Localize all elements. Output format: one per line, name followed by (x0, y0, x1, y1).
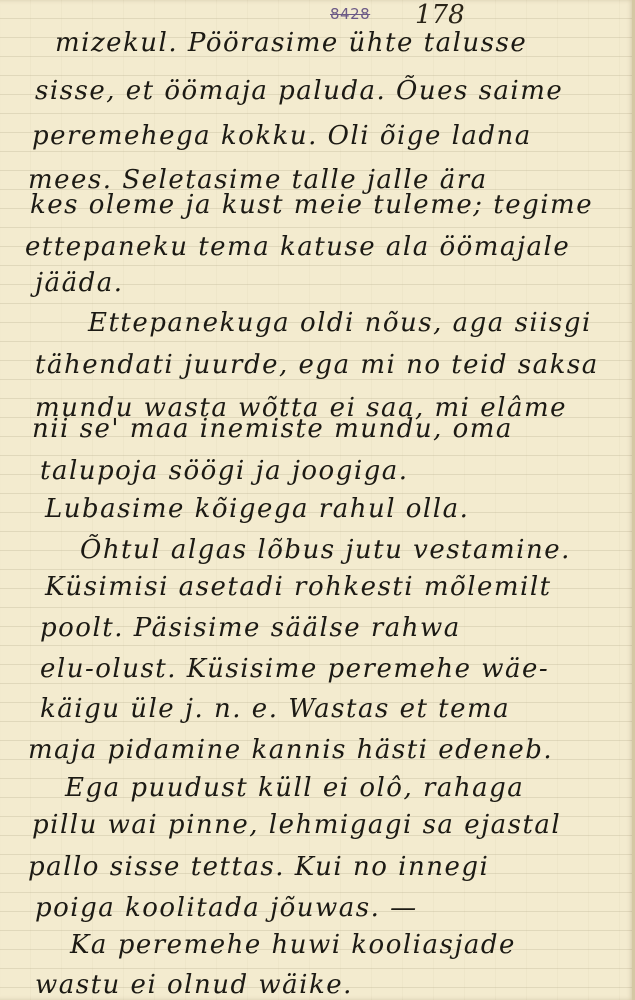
manuscript-line: kes oleme ja kust meie tuleme; tegime (30, 190, 593, 220)
manuscript-line: pallo sisse tettas. Kui no innegi (28, 852, 489, 882)
manuscript-line: jääda. (35, 268, 123, 298)
manuscript-line: käigu üle j. n. e. Wastas et tema (40, 694, 510, 724)
manuscript-line: mizekul. Pöörasime ühte talusse (55, 28, 527, 58)
manuscript-line: nii se' maa inemiste mundu, oma (32, 414, 513, 444)
manuscript-line: peremehega kokku. Oli õige ladna (32, 121, 532, 151)
manuscript-line: maja pidamine kannis hästi edeneb. (28, 735, 553, 765)
manuscript-line: wastu ei olnud wäike. (35, 970, 353, 1000)
manuscript-line: poiga koolitada jõuwas. — (35, 893, 418, 923)
manuscript-line: tähendati juurde, ega mi no teid saksa (35, 350, 599, 380)
manuscript-line: Lubasime kõigega rahul olla. (45, 494, 469, 524)
manuscript-line: Õhtul algas lõbus jutu vestamine. (80, 535, 571, 565)
manuscript-line: Ettepanekuga oldi nõus, aga siisgi (88, 308, 592, 338)
manuscript-line: Ka peremehe huwi kooliasjade (70, 930, 516, 960)
manuscript-line: pillu wai pinne, lehmigagi sa ejastal (32, 810, 561, 840)
manuscript-line: sisse, et öömaja paluda. Õues saime (35, 76, 563, 106)
manuscript-line: Küsimisi asetadi rohkesti mõlemilt (45, 572, 552, 602)
archive-number-struck: 8428 (330, 5, 370, 23)
manuscript-page: 8428 178 mizekul. Pöörasime ühte talusse… (0, 0, 635, 1000)
manuscript-line: elu-olust. Küsisime peremehe wäe- (40, 654, 549, 684)
manuscript-line: talupoja söögi ja joogiga. (40, 456, 409, 486)
manuscript-line: Ega puudust küll ei olô, rahaga (65, 773, 524, 803)
manuscript-line: poolt. Päsisime säälse rahwa (40, 613, 461, 643)
folio-number: 178 (415, 0, 465, 30)
manuscript-line: ettepaneku tema katuse ala öömajale (25, 232, 570, 262)
